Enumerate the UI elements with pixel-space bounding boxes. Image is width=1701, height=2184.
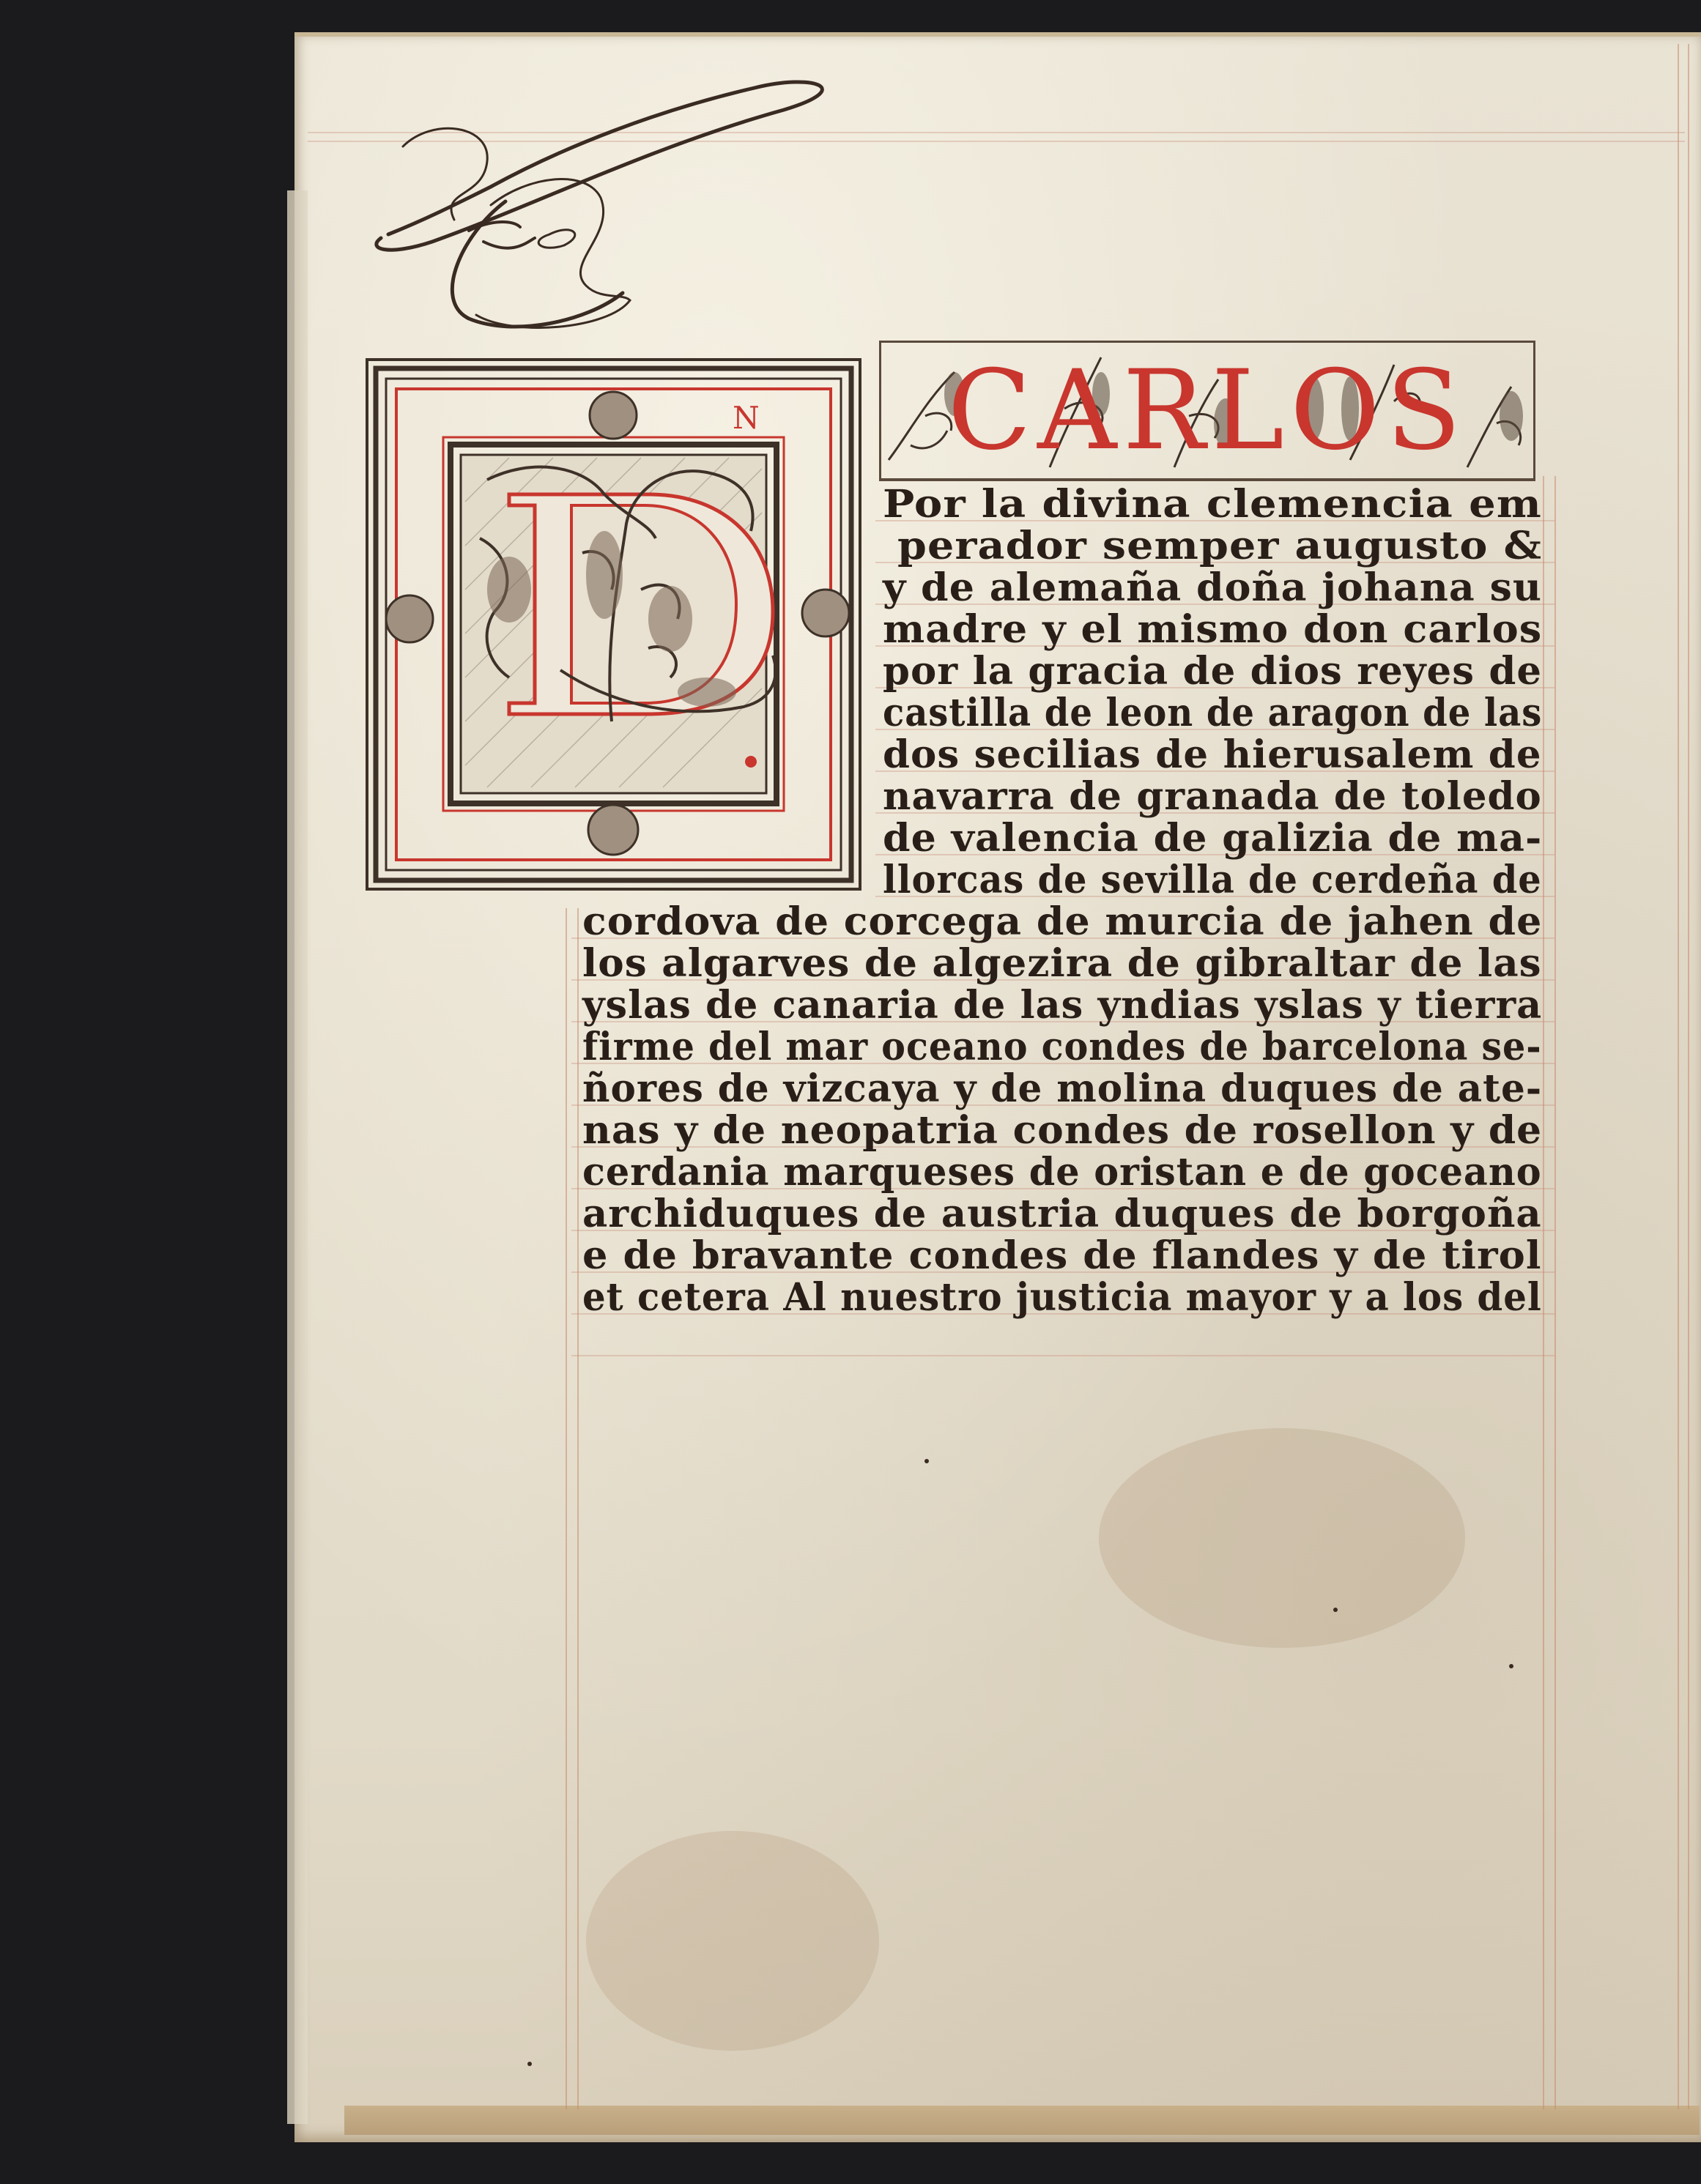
right-ruling-line [1543, 476, 1544, 2109]
text-line: cordova de corcega de murcia de jahen de [582, 901, 1542, 943]
text-line: por la gracia de dios reyes de [883, 650, 1542, 692]
text-line: madre y el mismo don carlos [883, 609, 1542, 650]
text-line: e de bravante condes de flandes y de tir… [582, 1235, 1542, 1277]
ink-speck [1333, 1608, 1338, 1612]
ink-speck [527, 2062, 532, 2066]
text-line: nas y de neopatria condes de rosellon y … [582, 1110, 1542, 1151]
text-ruling-line [571, 1355, 1554, 1356]
left-ruling-line [566, 908, 567, 2109]
right-ruling-line [1554, 476, 1556, 2109]
text-line: archiduques de austria duques de borgoña [582, 1193, 1542, 1235]
pen-flourish-icon [344, 59, 828, 337]
text-line: castilla de leon de aragon de las [883, 692, 1542, 734]
text-line: de valencia de galizia de ma- [883, 817, 1542, 859]
outer-ruling-line [1688, 44, 1689, 2109]
text-line: llorcas de sevilla de cerdeña de [883, 859, 1542, 901]
text-line: yslas de canaria de las yndias yslas y t… [582, 984, 1542, 1026]
parchment-stain [586, 1831, 879, 2051]
text-line: y de alemaña doña johana su [883, 567, 1542, 609]
text-line: los algarves de algezira de gibraltar de… [582, 943, 1542, 984]
illuminated-initial-d: N [363, 355, 864, 894]
page-bottom-fold [344, 2106, 1700, 2135]
text-line: perador semper augusto & [897, 525, 1542, 567]
outer-ruling-line [1678, 44, 1679, 2109]
text-line: Por la divina clemencia em [883, 483, 1542, 525]
text-line: et cetera Al nuestro justicia mayor y a … [582, 1277, 1542, 1318]
text-line: cerdania marqueses de oristan e de gocea… [582, 1151, 1542, 1193]
page-left-edge [287, 190, 308, 2124]
initial-corner-mark: N [733, 400, 760, 436]
text-line: ñores de vizcaya y de molina duques de a… [582, 1068, 1542, 1110]
heading-banner: CARLOS [879, 341, 1535, 481]
text-line: navarra de granada de toledo [883, 776, 1542, 817]
text-line: dos secilias de hierusalem de [883, 734, 1542, 776]
parchment-stain [1099, 1428, 1465, 1648]
heading-carlos: CARLOS [881, 356, 1533, 466]
text-line: firme del mar oceano condes de barcelona… [582, 1026, 1542, 1068]
left-ruling-line [577, 908, 579, 2109]
ink-speck [924, 1459, 929, 1463]
ink-speck [1509, 1664, 1513, 1668]
